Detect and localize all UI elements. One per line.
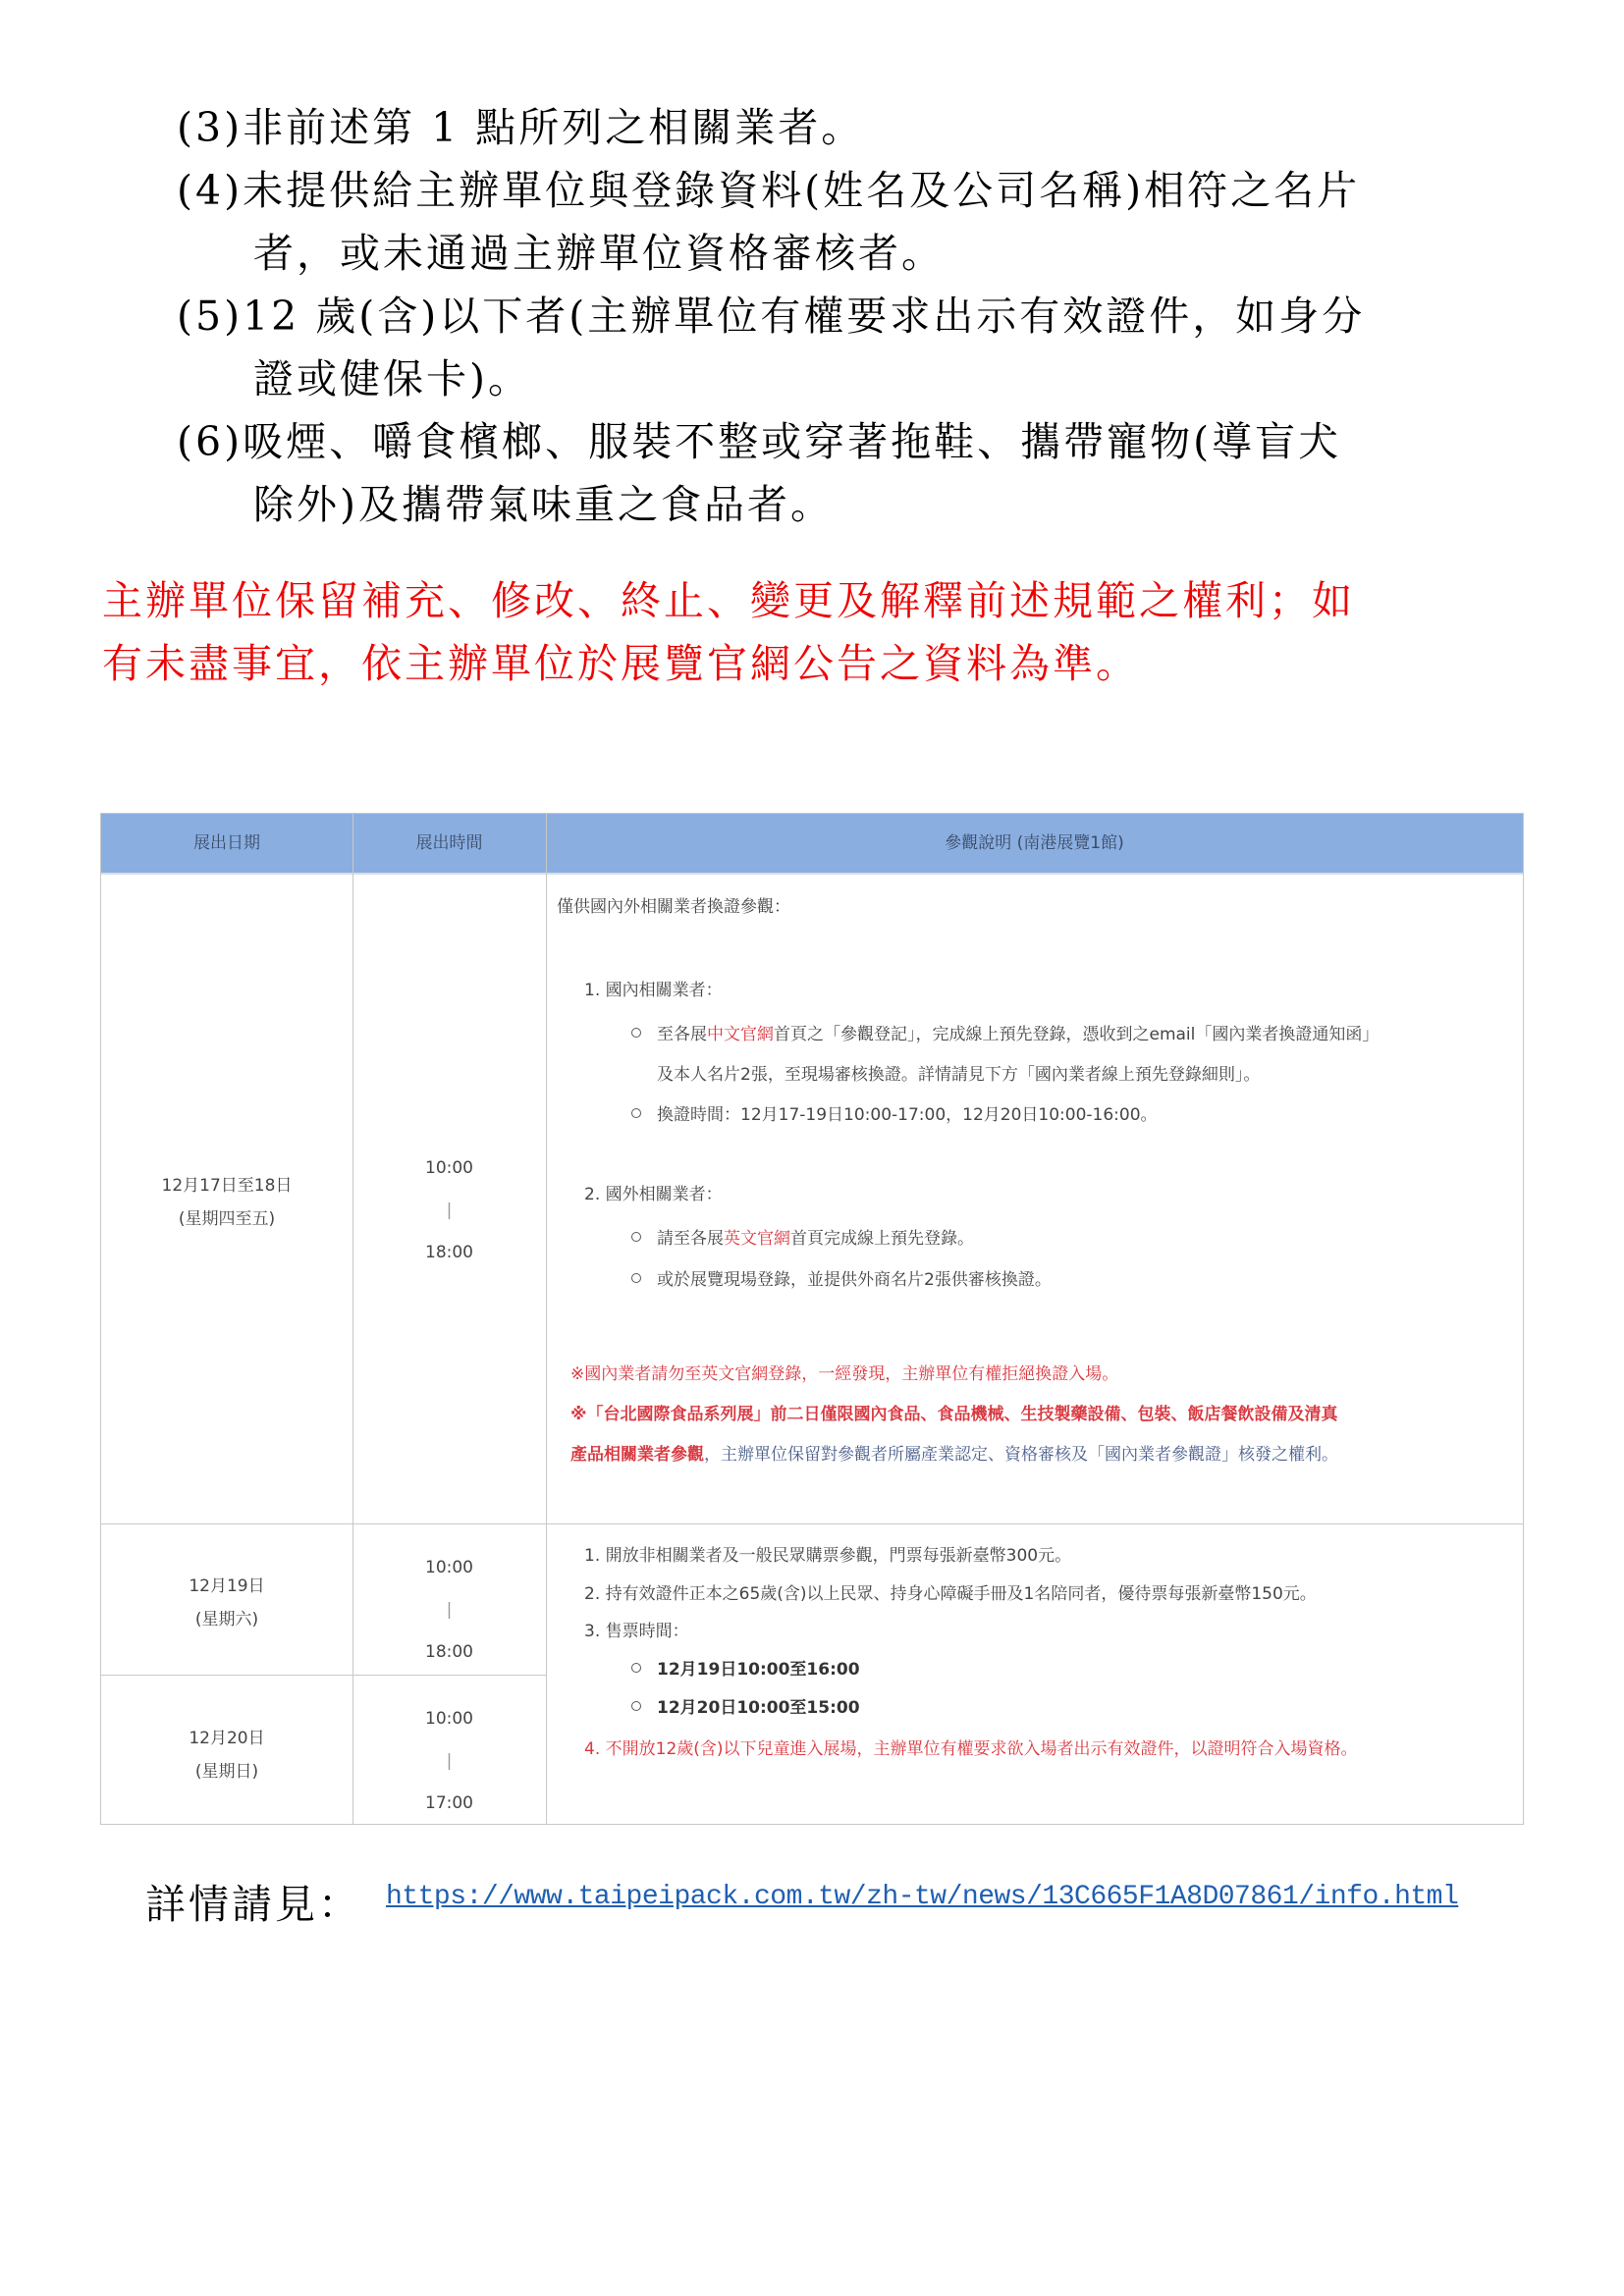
row-weekday: (星期六) xyxy=(101,1603,352,1636)
header-description: 參觀說明 (南港展覽1館) xyxy=(546,814,1523,873)
row-time-end: 18:00 xyxy=(352,1232,546,1274)
english-site-link[interactable]: 英文官網 xyxy=(724,1229,790,1249)
desc-line: 3. 售票時間： xyxy=(584,1617,689,1641)
item-text: 未提供給主辦單位與登錄資料(姓名及公司名稱)相符之名片 xyxy=(243,167,1360,214)
desc-note-2: ※「台北國際食品系列展」前二日僅限國內食品、食品機械、生技製藥設備、包裝、飯店餐… xyxy=(570,1400,1338,1424)
row-weekday: (星期日) xyxy=(101,1755,352,1789)
table-header: 展出日期 展出時間 參觀說明 (南港展覽1館) xyxy=(101,814,1523,875)
desc-bullet: 或於展覽現場登錄，並提供外商名片2張供審核換證。 xyxy=(631,1265,1052,1290)
bullet-icon xyxy=(631,1663,641,1673)
row-time-start: 10:00 xyxy=(352,1698,546,1740)
row-date: 12月17日至18日 xyxy=(101,1169,352,1202)
item-text-cont: 證或健保卡)。 xyxy=(253,355,531,402)
desc-bullet: 至各展中文官網首頁之「參觀登記」，完成線上預先登錄，憑收到之email「國內業者… xyxy=(631,1020,1379,1044)
row-date: 12月20日 xyxy=(101,1722,352,1755)
item-label: (5) xyxy=(177,293,243,340)
bullet-icon xyxy=(631,1028,641,1038)
desc-section-foreign: 2. 國外相關業者： xyxy=(584,1180,723,1204)
item-text: 非前述第 1 點所列之相關業者。 xyxy=(243,104,864,151)
bullet-icon xyxy=(631,1108,641,1118)
row-time-sep: | xyxy=(352,1740,546,1783)
desc-intro: 僅供國內外相關業者換證參觀： xyxy=(557,892,790,917)
row-time-sep: | xyxy=(352,1190,546,1232)
bullet-icon xyxy=(631,1232,641,1242)
header-time: 展出時間 xyxy=(352,814,546,873)
desc-bullet: 12月20日10:00至15:00 xyxy=(631,1693,860,1718)
desc-line: 2. 持有效證件正本之65歲(含)以上民眾、持身心障礙手冊及1名陪同者，優待票每… xyxy=(584,1579,1317,1604)
item-label: (3) xyxy=(177,104,243,151)
row-time-start: 10:00 xyxy=(352,1547,546,1589)
column-divider xyxy=(546,814,547,1824)
desc-line: 1. 開放非相關業者及一般民眾購票參觀，門票每張新臺幣300元。 xyxy=(584,1541,1071,1566)
info-url-link[interactable]: https://www.taipeipack.com.tw/zh-tw/news… xyxy=(386,1882,1458,1912)
desc-note-1: ※國內業者請勿至英文官網登錄，一經發現，主辦單位有權拒絕換證入場。 xyxy=(570,1360,1118,1384)
row-weekday: (星期四至五) xyxy=(101,1202,352,1236)
desc-line-warning: 4. 不開放12歲(含)以下兒童進入展場，主辦單位有權要求欲入場者出示有效證件，… xyxy=(584,1735,1358,1759)
row-date: 12月19日 xyxy=(101,1570,352,1603)
item-label: (4) xyxy=(177,167,243,214)
header-date: 展出日期 xyxy=(101,814,352,873)
item-text-cont: 者，或未通過主辦單位資格審核者。 xyxy=(253,230,945,277)
chinese-site-link[interactable]: 中文官網 xyxy=(707,1025,774,1044)
row-time-end: 17:00 xyxy=(352,1783,546,1825)
desc-section-domestic: 1. 國內相關業者： xyxy=(584,976,723,1000)
item-text: 12 歲(含)以下者(主辦單位有權要求出示有效證件，如身分 xyxy=(243,293,1365,340)
bullet-icon xyxy=(631,1273,641,1283)
desc-bullet: 請至各展英文官網首頁完成線上預先登錄。 xyxy=(631,1224,974,1249)
bullet-icon xyxy=(631,1701,641,1711)
row-time-end: 18:00 xyxy=(352,1631,546,1674)
notice-line-2: 有未盡事宜，依主辦單位於展覽官網公告之資料為準。 xyxy=(102,640,1139,687)
desc-bullet-cont: 及本人名片2張，至現場審核換證。詳情請見下方「國內業者線上預先登錄細則」。 xyxy=(657,1060,1260,1085)
schedule-table: 展出日期 展出時間 參觀說明 (南港展覽1館) 12月17日至18日 (星期四至… xyxy=(100,813,1524,1825)
notice-line-1: 主辦單位保留補充、修改、終止、變更及解釋前述規範之權利；如 xyxy=(102,577,1355,624)
item-label: (6) xyxy=(177,418,243,465)
more-info-label: 詳情請見： xyxy=(145,1872,361,1930)
desc-note-3: 產品相關業者參觀，主辦單位保留對參觀者所屬產業認定、資格審核及「國內業者參觀證」… xyxy=(570,1440,1338,1465)
item-text-cont: 除外)及攜帶氣味重之食品者。 xyxy=(253,481,834,528)
row-divider xyxy=(101,1523,1523,1524)
row-time-start: 10:00 xyxy=(352,1148,546,1190)
item-text: 吸煙、嚼食檳榔、服裝不整或穿著拖鞋、攜帶寵物(導盲犬 xyxy=(243,418,1341,465)
row-divider xyxy=(101,1675,546,1676)
desc-bullet: 12月19日10:00至16:00 xyxy=(631,1655,860,1680)
row-time-sep: | xyxy=(352,1589,546,1631)
desc-bullet: 換證時間：12月17-19日10:00-17:00，12月20日10:00-16… xyxy=(631,1100,1158,1125)
